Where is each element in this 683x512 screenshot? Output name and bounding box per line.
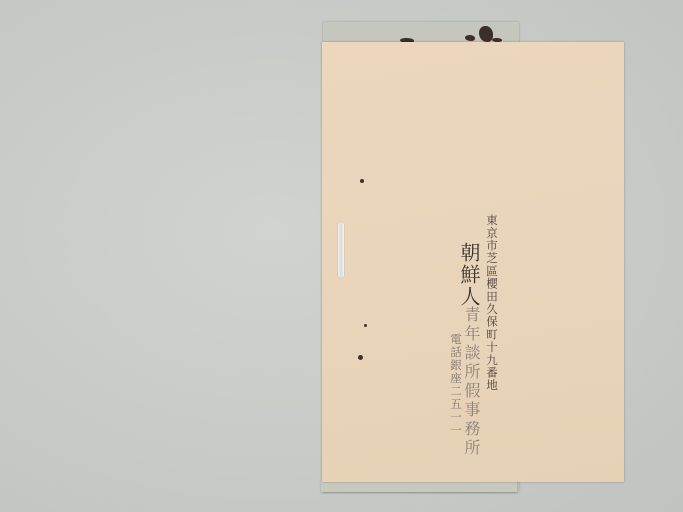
binding-thread bbox=[338, 222, 344, 278]
phone-line: 電話銀座二五一一 bbox=[448, 333, 464, 437]
binding-hole bbox=[360, 179, 364, 183]
address-line: 東京市芝區櫻田久保町十九番地 bbox=[484, 214, 500, 392]
cover-ink-mark bbox=[465, 35, 475, 41]
binding-hole bbox=[364, 324, 367, 327]
cover-ink-mark bbox=[479, 26, 493, 42]
organization-name-prefix: 朝鮮人 bbox=[455, 242, 484, 308]
binding-hole bbox=[358, 355, 363, 360]
